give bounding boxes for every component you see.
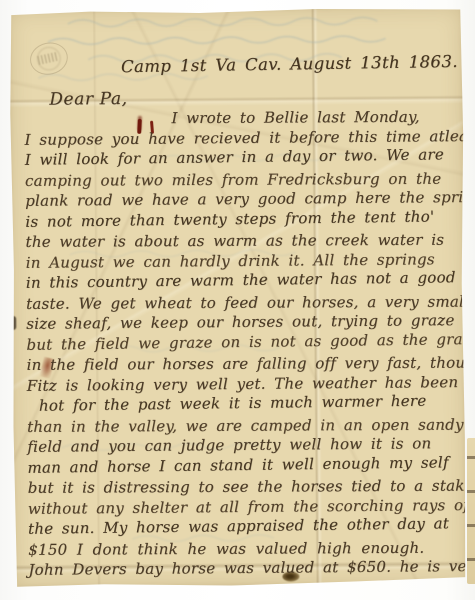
letter-line: taste. We get wheat to feed our horses, … <box>26 292 461 315</box>
letter-page: Camp 1st Va Cav. August 13th 1863. Dear … <box>8 6 467 588</box>
letter-line: in this country are warm the water has n… <box>26 268 461 294</box>
letter-line: I wrote to Bellie last Monday, <box>24 108 459 131</box>
letter-line: than in the valley, we are camped in an … <box>27 415 462 438</box>
salutation: Dear Pa, <box>49 89 128 110</box>
second-sheet-edge <box>467 438 475 584</box>
letter-line: the water is about as warm as the creek … <box>25 231 460 254</box>
scanned-letter-photo: Camp 1st Va Cav. August 13th 1863. Dear … <box>0 0 475 600</box>
letter-line: I will look for an answer in a day or tw… <box>25 145 460 171</box>
letter-body: I wrote to Bellie last Monday, I suppose… <box>24 106 463 581</box>
letter-line: hot for the past week it is much warmer … <box>39 391 462 417</box>
letter-line: camping out two miles from Fredricksburg… <box>25 169 460 192</box>
letter-line: but it is distressing to see the horses … <box>28 477 463 500</box>
letter-line: $150 I dont think he was valued high eno… <box>28 538 463 561</box>
edge-ink-mark <box>11 316 16 330</box>
letter-line: the sun. My horse was appraised the othe… <box>28 514 463 540</box>
letter-line: in the field our horses are falling off … <box>27 354 462 377</box>
